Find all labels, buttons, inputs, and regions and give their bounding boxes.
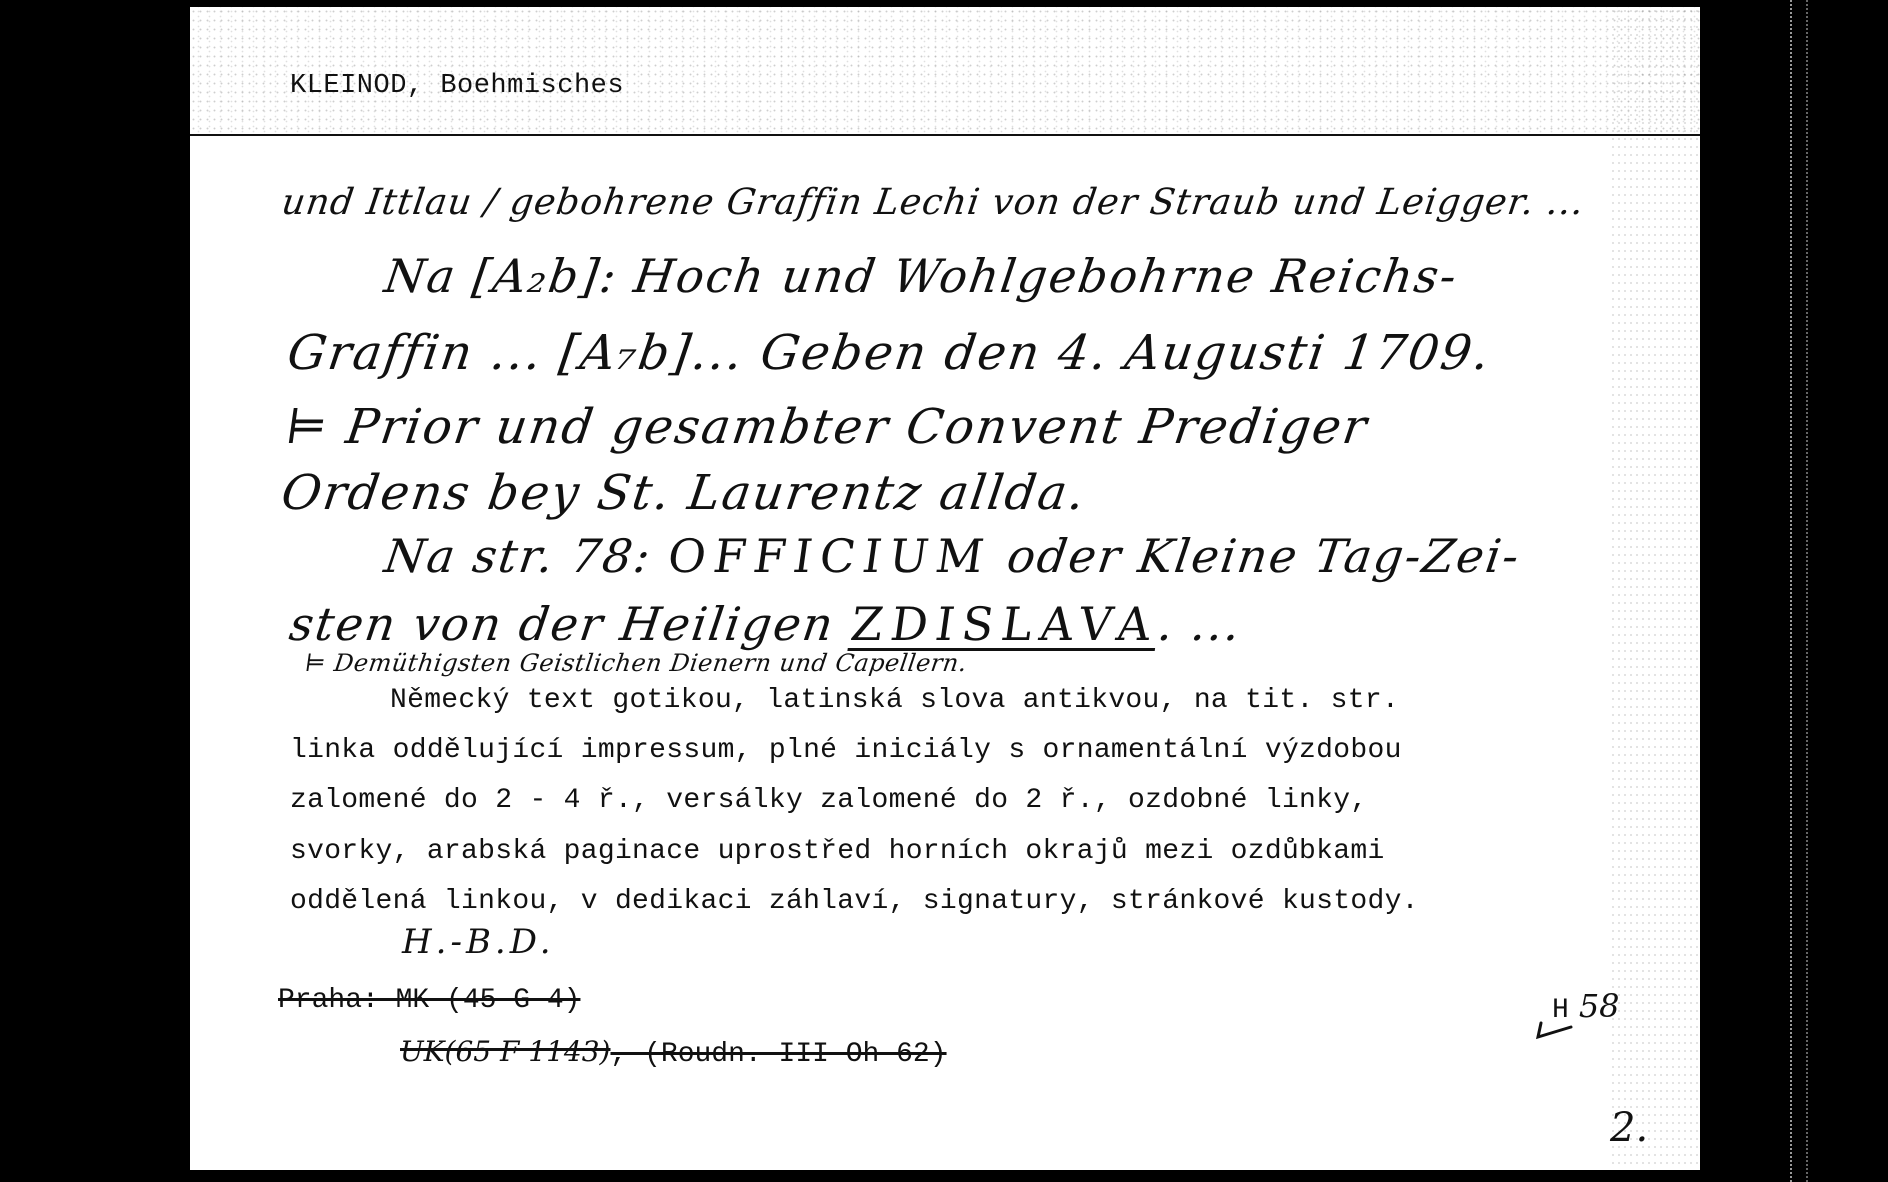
holdings-typed: , (Roudn. III Oh 62) [610,1039,946,1070]
description-line-2: linka oddělující impressum, plné iniciál… [290,735,1402,766]
zdislava-caps: ZDISLAVA [847,597,1162,651]
handwritten-line-6: Na str. 78: OFFICIUM oder Kleine Tag-Zei… [381,529,1524,583]
handwritten-prefix: sten von der Heiligen [286,597,855,651]
shelfmark-number: 58 [1579,987,1620,1025]
header-divider [190,134,1700,136]
handwritten-prefix: Na str. 78: [381,529,672,583]
scanned-card-viewer: KLEINOD, Boehmisches und Ittlau / gebohr… [0,0,1888,1182]
handwritten-line-1: und Ittlau / gebohrene Graffin Lechi von… [279,182,1587,223]
zdislava-tail: . ... [1155,597,1246,651]
card-number: 2. [1610,1105,1648,1151]
handwritten-line-5: Ordens bey St. Laurentz allda. [278,465,1090,521]
handwritten-line-3: Graffin ... [A₇b]... Geben den 4. August… [284,325,1495,381]
handwritten-line-7: sten von der Heiligen ZDISLAVA. ... [286,597,1245,651]
holdings-struck-line-1: Praha: MK (45 G 4) [278,985,580,1016]
handwritten-line-4: ⊨ Prior und gesambter Convent Prediger [282,399,1372,455]
handwritten-line-2: Na [A₂b]: Hoch und Wohlgebohrne Reichs- [381,249,1461,303]
holdings-handwritten: UK(65 F 1143) [400,1035,610,1068]
officium-caps: OFFICIUM [664,529,995,583]
catalog-card: KLEINOD, Boehmisches und Ittlau / gebohr… [190,7,1700,1170]
checkmark-icon [1535,1019,1575,1041]
officium-tail: oder Kleine Tag-Zei- [987,529,1524,583]
card-heading: KLEINOD, Boehmisches [290,71,624,101]
scan-edge-artifact [1790,0,1808,1182]
description-line-4: svorky, arabská paginace uprostřed horní… [290,836,1385,867]
description-line-1: Německý text gotikou, latinská slova ant… [390,685,1399,716]
handwritten-initials: H.-B.D. [402,922,555,962]
description-line-5: oddělená linkou, v dedikaci záhlaví, sig… [290,886,1419,917]
scan-noise-right [1610,7,1700,1170]
description-line-3: zalomené do 2 - 4 ř., versálky zalomené … [290,785,1367,816]
handwritten-line-8: ⊨ Demüthigsten Geistlichen Dienern und C… [303,649,969,677]
holdings-struck-line-2: UK(65 F 1143), (Roudn. III Oh 62) [400,1035,947,1070]
